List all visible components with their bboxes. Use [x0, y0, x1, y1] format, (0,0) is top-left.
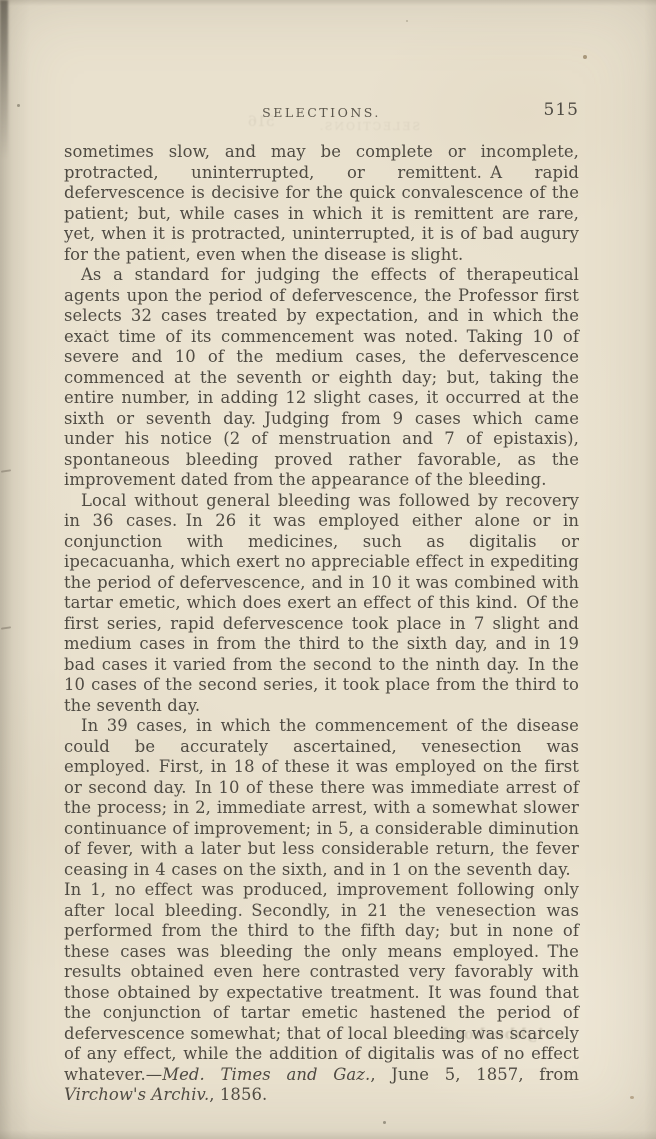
scanned-book-page: SELECTIONS. 516 neighborhood. SELECTIONS… [0, 0, 656, 1139]
page-bottom-edge-shadow [0, 1130, 656, 1139]
paper-speck [406, 20, 408, 22]
running-title: SELECTIONS. [64, 105, 579, 120]
paper-speck [17, 104, 20, 107]
paragraph: Local without general bleeding was follo… [64, 491, 579, 717]
citation-source: Med. Times and Gaz. [162, 1065, 370, 1084]
binding-stitch [1, 626, 11, 629]
page-number: 515 [544, 100, 579, 120]
binding-stitch [1, 469, 11, 472]
citation-source: Virchow's Archiv. [64, 1085, 209, 1104]
paper-speck [383, 1121, 386, 1124]
binding-edge [0, 0, 8, 160]
paragraph-continuation: sometimes slow, and may be complete or i… [64, 142, 579, 265]
page-left-edge-shadow [0, 0, 30, 1139]
paper-speck [630, 1096, 634, 1099]
paragraph-closing: In 39 cases, in which the commencement o… [64, 716, 579, 1106]
paragraph-text: , June 5, 1857, from [370, 1065, 579, 1084]
paragraph: As a standard for judging the effects of… [64, 265, 579, 491]
paragraph-text: In 39 cases, in which the commencement o… [64, 716, 579, 1084]
page-header: SELECTIONS. 515 [64, 100, 579, 126]
body-text: sometimes slow, and may be complete or i… [64, 142, 579, 1106]
paragraph-text: , 1856. [209, 1085, 267, 1104]
paper-speck [583, 55, 587, 59]
page-top-edge-shadow [0, 0, 656, 6]
page-right-edge-shadow [644, 0, 656, 1139]
